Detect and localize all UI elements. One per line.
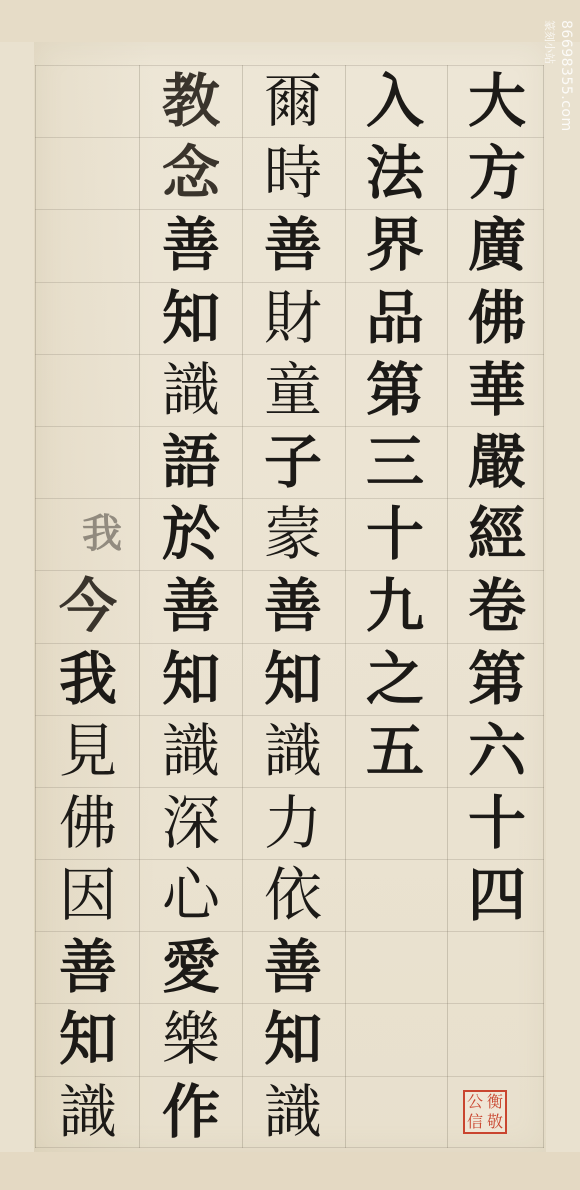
character: 依 [243, 859, 343, 931]
character: 今 [38, 570, 138, 642]
character: 入 [345, 65, 445, 137]
character: 卷 [447, 570, 547, 642]
watermark: 86698355.com 篆刻小站 [524, 20, 574, 140]
character: 善 [141, 570, 241, 642]
character: 之 [345, 643, 445, 715]
character: 作 [141, 1076, 241, 1148]
character: 善 [141, 209, 241, 281]
seal-glyph: 衡 [485, 1092, 505, 1112]
character: 識 [141, 354, 241, 426]
character: 爾 [243, 65, 343, 137]
character: 廣 [447, 209, 547, 281]
character: 力 [243, 787, 343, 859]
character: 子 [243, 426, 343, 498]
character: 佛 [38, 787, 138, 859]
seal-glyph: 公 [465, 1092, 485, 1112]
character: 知 [141, 282, 241, 354]
character: 三 [345, 426, 445, 498]
character: 善 [38, 931, 138, 1003]
character: 六 [447, 715, 547, 787]
character: 華 [447, 354, 547, 426]
character: 童 [243, 354, 343, 426]
character: 識 [243, 715, 343, 787]
character: 嚴 [447, 426, 547, 498]
character: 識 [141, 715, 241, 787]
character: 教 [141, 65, 241, 137]
character: 知 [243, 1003, 343, 1075]
character: 於 [141, 498, 241, 570]
outer-mount-bottom [0, 1152, 580, 1190]
character: 見 [38, 715, 138, 787]
watermark-url: 86698355.com [558, 20, 574, 140]
character: 我 [38, 643, 138, 715]
character: 善 [243, 209, 343, 281]
character: 十 [345, 498, 445, 570]
character: 九 [345, 570, 445, 642]
character: 第 [345, 354, 445, 426]
seal-glyph: 信 [465, 1112, 485, 1132]
character: 品 [345, 282, 445, 354]
character: 因 [38, 859, 138, 931]
character: 語 [141, 426, 241, 498]
seal-glyph: 敬 [485, 1112, 505, 1132]
character: 方 [447, 137, 547, 209]
character: 經 [447, 498, 547, 570]
character: 財 [243, 282, 343, 354]
character: 第 [447, 643, 547, 715]
character: 四 [447, 859, 547, 931]
watermark-name: 篆刻小站 [542, 20, 558, 140]
character: 法 [345, 137, 445, 209]
character: 五 [345, 715, 445, 787]
character: 時 [243, 137, 343, 209]
outer-mount-top [0, 0, 580, 42]
character: 知 [38, 1003, 138, 1075]
character: 善 [243, 931, 343, 1003]
character: 知 [141, 643, 241, 715]
character: 十 [447, 787, 547, 859]
character: 深 [141, 787, 241, 859]
correction-character: 我 [52, 498, 152, 570]
character: 識 [243, 1076, 343, 1148]
character: 念 [141, 137, 241, 209]
character: 界 [345, 209, 445, 281]
character: 知 [243, 643, 343, 715]
character: 識 [38, 1076, 138, 1148]
character: 佛 [447, 282, 547, 354]
red-seal-stamp: 公 衡 信 敬 [463, 1090, 507, 1134]
character: 樂 [141, 1003, 241, 1075]
character: 愛 [141, 931, 241, 1003]
character: 蒙 [243, 498, 343, 570]
character: 心 [141, 859, 241, 931]
character: 善 [243, 570, 343, 642]
